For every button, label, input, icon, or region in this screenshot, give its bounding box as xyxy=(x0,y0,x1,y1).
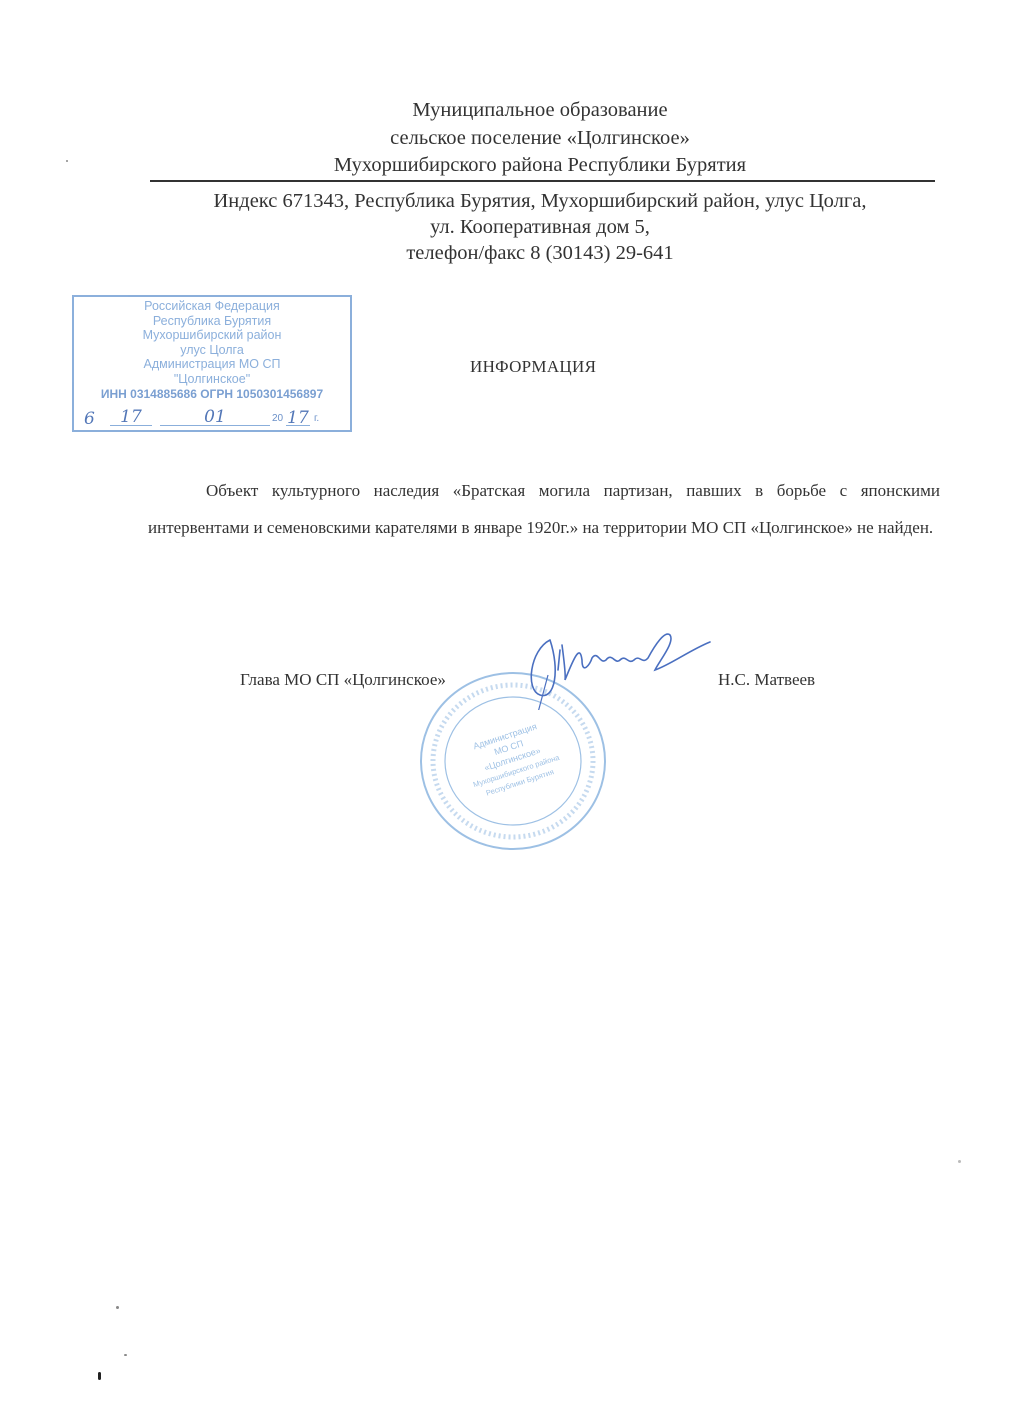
letterhead-line-2: сельское поселение «Цолгинское» xyxy=(140,125,940,151)
letterhead-address-1: Индекс 671343, Республика Бурятия, Мухор… xyxy=(140,188,940,214)
stamp-line: "Цолгинское" xyxy=(74,372,350,387)
stamp-line: Администрация МО СП xyxy=(74,357,350,372)
stamp-month: 01 xyxy=(204,407,226,427)
letterhead-address-2: ул. Кооперативная дом 5, xyxy=(140,214,940,240)
scan-speck xyxy=(66,160,68,162)
stamp-day: 17 xyxy=(120,407,142,427)
scan-speck xyxy=(958,1160,961,1163)
stamp-year-suffix: 17 xyxy=(286,411,310,427)
document-title: ИНФОРМАЦИЯ xyxy=(470,357,596,377)
stamp-inn-ogrn: ИНН 0314885686 ОГРН 1050301456897 xyxy=(74,387,350,402)
stamp-line: Российская Федерация xyxy=(74,299,350,314)
body-paragraph: Объект культурного наследия «Братская мо… xyxy=(148,472,940,546)
stamp-line: улус Цолга xyxy=(74,343,350,358)
scan-speck xyxy=(124,1354,127,1356)
stamp-reg-number: 6 xyxy=(84,412,95,427)
document-body: Объект культурного наследия «Братская мо… xyxy=(148,472,940,546)
registration-stamp: Российская Федерация Республика Бурятия … xyxy=(72,295,352,432)
stamp-year-prefix: 20 xyxy=(272,412,283,427)
stamp-line: Республика Бурятия xyxy=(74,314,350,329)
signatory-position: Глава МО СП «Цолгинское» xyxy=(240,670,446,690)
signatory-name: Н.С. Матвеев xyxy=(718,670,815,690)
letterhead-divider xyxy=(150,180,935,182)
scan-speck xyxy=(98,1372,101,1380)
handwritten-signature xyxy=(520,620,720,710)
stamp-line: Мухоршибирский район xyxy=(74,328,350,343)
scan-speck xyxy=(116,1306,119,1309)
stamp-date: 6 17 01 20 17 г. xyxy=(82,406,344,426)
letterhead-phone: телефон/факс 8 (30143) 29-641 xyxy=(140,240,940,266)
stamp-year-mark: г. xyxy=(314,412,319,427)
letterhead-line-1: Муниципальное образование xyxy=(140,97,940,123)
letterhead-line-3: Мухоршибирского района Республики Буряти… xyxy=(140,152,940,178)
